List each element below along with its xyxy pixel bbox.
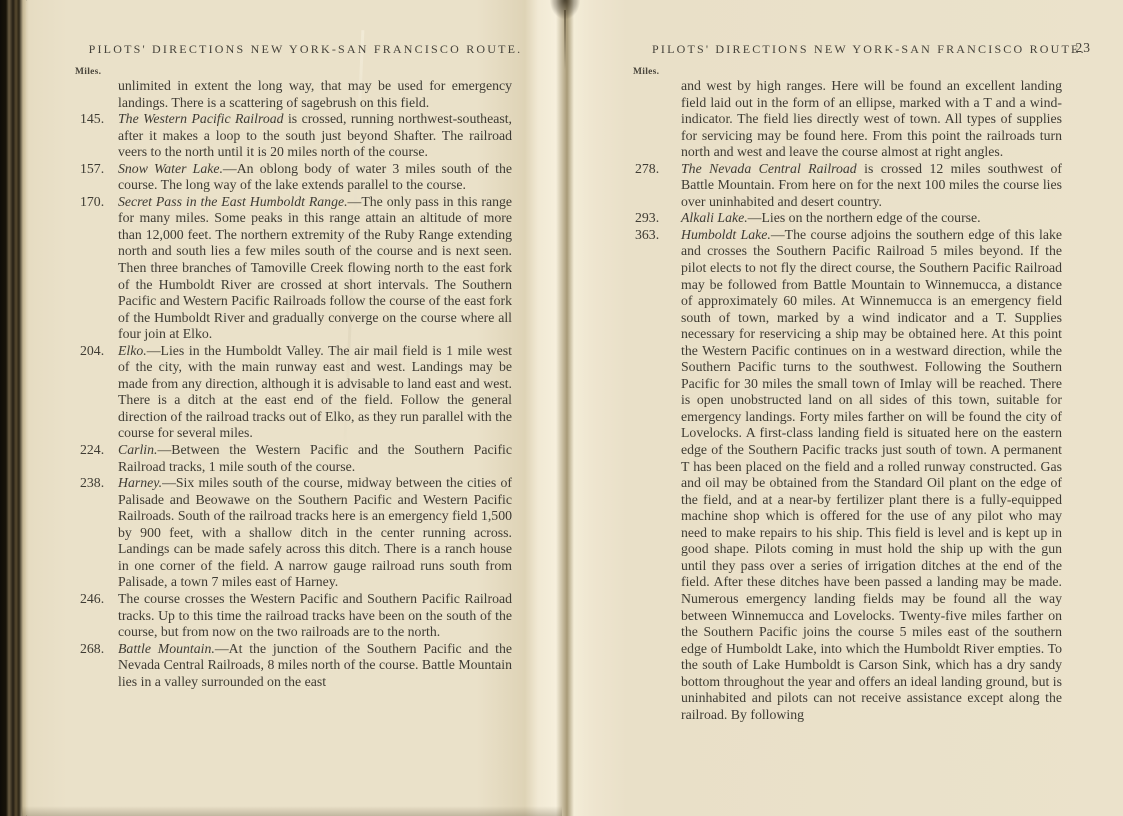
- route-entry: 145.The Western Pacific Railroad is cros…: [80, 111, 512, 161]
- place-name: Alkali Lake.: [681, 210, 748, 225]
- route-entry: and west by high ranges. Here will be fo…: [635, 78, 1062, 161]
- route-entry: 293.Alkali Lake.—Lies on the northern ed…: [635, 210, 1062, 227]
- running-header: PILOTS' DIRECTIONS NEW YORK-SAN FRANCISC…: [86, 42, 525, 57]
- entry-text: Battle Mountain.—At the junction of the …: [118, 641, 512, 689]
- route-entry: 246.The course crosses the Western Pacif…: [80, 591, 512, 641]
- miles-number: 145.: [80, 111, 104, 128]
- entry-text: The Western Pacific Railroad is crossed,…: [118, 111, 512, 159]
- miles-number: 170.: [80, 194, 104, 211]
- running-header: PILOTS' DIRECTIONS NEW YORK-SAN FRANCISC…: [652, 42, 1078, 57]
- miles-column-label: Miles.: [633, 67, 659, 77]
- place-name: The Nevada Central Railroad: [681, 161, 857, 176]
- miles-number: 204.: [80, 343, 104, 360]
- entry-text: and west by high ranges. Here will be fo…: [681, 78, 1062, 159]
- miles-number: 238.: [80, 475, 104, 492]
- entry-text: Carlin.—Between the Western Pacific and …: [118, 442, 512, 474]
- route-entry: 363.Humboldt Lake.—The course adjoins th…: [635, 227, 1062, 723]
- entries-right: and west by high ranges. Here will be fo…: [635, 78, 1062, 723]
- route-entry: unlimited in extent the long way, that m…: [80, 78, 512, 111]
- miles-number: 268.: [80, 641, 104, 658]
- miles-number: 224.: [80, 442, 104, 459]
- route-entry: 268.Battle Mountain.—At the junction of …: [80, 641, 512, 691]
- place-name: Harney.: [118, 475, 162, 490]
- route-entry: 170.Secret Pass in the East Humboldt Ran…: [80, 194, 512, 343]
- page-right: PILOTS' DIRECTIONS NEW YORK-SAN FRANCISC…: [597, 0, 1123, 816]
- entry-text: Alkali Lake.—Lies on the northern edge o…: [681, 210, 981, 225]
- book-scan: { "book": { "pages": [ { "side": "left",…: [0, 0, 1123, 816]
- route-entry: 204.Elko.—Lies in the Humboldt Valley. T…: [80, 343, 512, 442]
- miles-column-label: Miles.: [75, 67, 101, 77]
- binding-crease: [564, 10, 566, 70]
- book-edge: [0, 0, 26, 816]
- entry-text: The Nevada Central Railroad is crossed 1…: [681, 161, 1062, 209]
- route-entry: 238.Harney.—Six miles south of the cours…: [80, 475, 512, 591]
- entry-text: Elko.—Lies in the Humboldt Valley. The a…: [118, 343, 512, 441]
- place-name: Humboldt Lake.: [681, 227, 771, 242]
- entry-text: Secret Pass in the East Humboldt Range.—…: [118, 194, 512, 341]
- route-entry: 157.Snow Water Lake.—An oblong body of w…: [80, 161, 512, 194]
- entry-text: Harney.—Six miles south of the course, m…: [118, 475, 512, 589]
- miles-number: 278.: [635, 161, 659, 178]
- place-name: Elko.: [118, 343, 147, 358]
- entry-text: The course crosses the Western Pacific a…: [118, 591, 512, 639]
- entry-text: Humboldt Lake.—The course adjoins the so…: [681, 227, 1062, 722]
- route-entry: 224.Carlin.—Between the Western Pacific …: [80, 442, 512, 475]
- entry-text: unlimited in extent the long way, that m…: [118, 78, 512, 110]
- place-name: The Western Pacific Railroad: [118, 111, 284, 126]
- miles-number: 363.: [635, 227, 659, 244]
- miles-number: 293.: [635, 210, 659, 227]
- page-number: 23: [1076, 40, 1092, 56]
- place-name: Secret Pass in the East Humboldt Range.: [118, 194, 348, 209]
- entry-text: Snow Water Lake.—An oblong body of water…: [118, 161, 512, 193]
- page-left: PILOTS' DIRECTIONS NEW YORK-SAN FRANCISC…: [26, 0, 545, 816]
- entries-left: unlimited in extent the long way, that m…: [80, 78, 512, 690]
- place-name: Carlin.: [118, 442, 157, 457]
- place-name: Snow Water Lake.: [118, 161, 223, 176]
- miles-number: 157.: [80, 161, 104, 178]
- miles-number: 246.: [80, 591, 104, 608]
- route-entry: 278.The Nevada Central Railroad is cross…: [635, 161, 1062, 211]
- place-name: Battle Mountain.: [118, 641, 215, 656]
